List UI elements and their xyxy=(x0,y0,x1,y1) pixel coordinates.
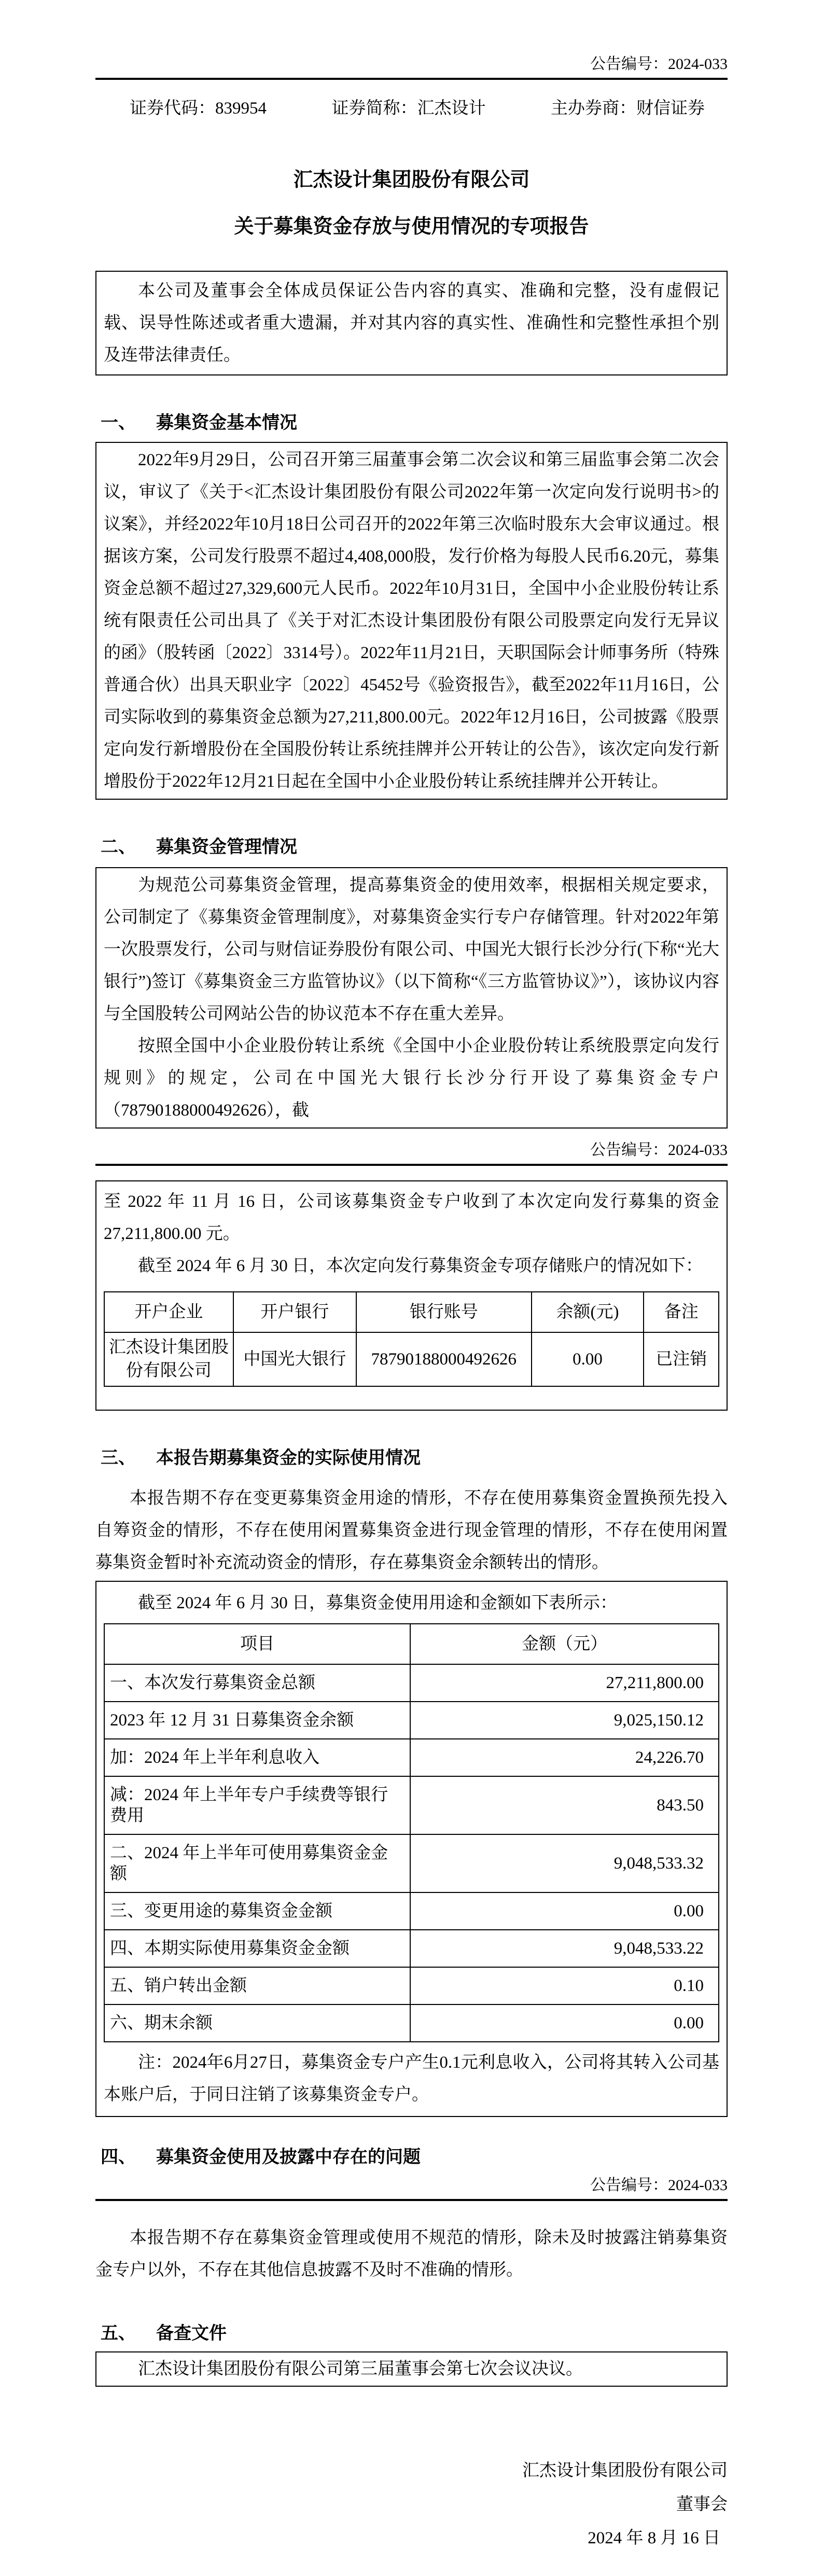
usage-row-available-funds: 二、2024 年上半年可使用募集资金金额 9,048,533.32 xyxy=(104,1834,719,1892)
bank-table-header-row: 开户企业 开户银行 银行账号 余额(元) 备注 xyxy=(104,1292,719,1332)
announcement-number-page2: 公告编号：2024-033 xyxy=(95,1141,728,1160)
section5-box: 汇杰设计集团股份有限公司第三届董事会第七次会议决议。 xyxy=(95,2351,728,2387)
section2-continuation: 至 2022 年 11 月 16 日，公司该募集资金专户收到了本次定向发行募集的… xyxy=(104,1186,719,1250)
disclaimer-box: 本公司及董事会全体成员保证公告内容的真实、准确和完整，没有虚假记载、误导性陈述或… xyxy=(95,271,728,375)
usage-table: 项目 金额（元） 一、本次发行募集资金总额 27,211,800.00 2023… xyxy=(104,1623,719,2042)
usage-row-closeout-transfer: 五、销户转出金额 0.10 xyxy=(104,1967,719,2004)
bank-table-row: 汇杰设计集团股份有限公司 中国光大银行 78790188000492626 0.… xyxy=(104,1332,719,1386)
bank-col-company: 开户企业 xyxy=(104,1292,233,1332)
section1-title: 募集资金基本情况 xyxy=(156,412,297,435)
announcement-number-text: 公告编号：2024-033 xyxy=(590,1141,728,1159)
signature-block: 汇杰设计集团股份有限公司 董事会 2024 年 8 月 16 日 xyxy=(95,2454,728,2555)
section1-box: 2022年9月29日，公司召开第三届董事会第二次会议和第三届监事会第二次会议，审… xyxy=(95,442,728,800)
header-divider-rule-page1 xyxy=(95,78,728,80)
usage-row-ending-balance: 六、期末余额 0.00 xyxy=(104,2004,719,2042)
section2-number: 二、 xyxy=(101,836,156,859)
header-divider-rule-page2 xyxy=(95,1164,728,1166)
document-content: 公告编号：2024-033 证券代码：839954 证券简称：汇杰设计 主办券商… xyxy=(0,0,823,2576)
usage-row-bank-fees: 减：2024 年上半年专户手续费等银行费用 843.50 xyxy=(104,1776,719,1834)
usage-box: 截至 2024 年 6 月 30 日，募集资金使用用途和金额如下表所示： 项目 … xyxy=(95,1581,728,2117)
usage-row-actually-used: 四、本期实际使用募集资金金额 9,048,533.22 xyxy=(104,1930,719,1967)
section2-heading: 二、 募集资金管理情况 xyxy=(95,836,728,859)
accounts-intro: 截至 2024 年 6 月 30 日，本次定向发行募集资金专项存储账户的情况如下… xyxy=(104,1250,719,1282)
securities-code: 证券代码：839954 xyxy=(130,98,267,119)
usage-table-intro: 截至 2024 年 6 月 30 日，募集资金使用用途和金额如下表所示： xyxy=(104,1587,719,1619)
section5-title: 备查文件 xyxy=(156,2322,227,2345)
bank-cell-bank: 中国光大银行 xyxy=(233,1332,356,1386)
fund-account-box: 至 2022 年 11 月 16 日，公司该募集资金专户收到了本次定向发行募集的… xyxy=(95,1180,728,1411)
section3-number: 三、 xyxy=(101,1447,156,1470)
signature-board: 董事会 xyxy=(95,2488,728,2522)
usage-col-item: 项目 xyxy=(104,1624,410,1664)
section3-heading: 三、 本报告期募集资金的实际使用情况 xyxy=(95,1447,728,1470)
document-page: 公告编号：2024-033 证券代码：839954 证券简称：汇杰设计 主办券商… xyxy=(0,0,823,2576)
usage-table-note: 注：2024年6月27日，募集资金专户产生0.1元利息收入，公司将其转入公司基本… xyxy=(104,2046,719,2111)
section3-paragraph1: 本报告期不存在变更募集资金用途的情形，不存在使用募集资金置换预先投入自筹资金的情… xyxy=(95,1482,728,1579)
section4-body: 本报告期不存在募集资金管理或使用不规范的情形，除未及时披露注销募集资金专户以外，… xyxy=(95,2222,728,2286)
header-divider-rule-page3 xyxy=(95,2199,728,2201)
bank-cell-balance: 0.00 xyxy=(532,1332,644,1386)
bank-col-account: 银行账号 xyxy=(356,1292,532,1332)
usage-row-balance-2023: 2023 年 12 月 31 日募集资金余额 9,025,150.12 xyxy=(104,1702,719,1739)
section1-body: 2022年9月29日，公司召开第三届董事会第二次会议和第三届监事会第二次会议，审… xyxy=(104,444,719,798)
disclaimer-text: 本公司及董事会全体成员保证公告内容的真实、准确和完整，没有虚假记载、误导性陈述或… xyxy=(104,275,719,371)
section4-number: 四、 xyxy=(101,2146,156,2169)
bank-col-remark: 备注 xyxy=(644,1292,719,1332)
sponsor-broker: 主办券商：财信证券 xyxy=(551,98,705,119)
usage-row-changed-purpose: 三、变更用途的募集资金金额 0.00 xyxy=(104,1892,719,1930)
company-title: 汇杰设计集团股份有限公司 xyxy=(95,167,728,193)
bank-cell-company: 汇杰设计集团股份有限公司 xyxy=(104,1332,233,1386)
section2-paragraph2: 按照全国中小企业股份转让系统《全国中小企业股份转让系统股票定向发行规则》的规定，… xyxy=(104,1030,719,1126)
section4-title: 募集资金使用及披露中存在的问题 xyxy=(156,2146,421,2169)
securities-short-name: 证券简称：汇杰设计 xyxy=(332,98,486,119)
usage-row-total-raised: 一、本次发行募集资金总额 27,211,800.00 xyxy=(104,1664,719,1702)
report-title: 关于募集资金存放与使用情况的专项报告 xyxy=(95,214,728,240)
announcement-number-page3: 公告编号：2024-033 xyxy=(95,2176,728,2195)
announcement-number-page1: 公告编号：2024-033 xyxy=(95,55,728,74)
section5-heading: 五、 备查文件 xyxy=(95,2322,728,2345)
section5-item: 汇杰设计集团股份有限公司第三届董事会第七次会议决议。 xyxy=(104,2359,719,2379)
usage-row-interest-income: 加：2024 年上半年利息收入 24,226.70 xyxy=(104,1739,719,1776)
section2-paragraph1: 为规范公司募集资金管理，提高募集资金的使用效率，根据相关规定要求，公司制定了《募… xyxy=(104,869,719,1030)
bank-col-bank: 开户银行 xyxy=(233,1292,356,1332)
securities-info-row: 证券代码：839954 证券简称：汇杰设计 主办券商：财信证券 xyxy=(95,98,728,119)
bank-cell-account: 78790188000492626 xyxy=(356,1332,532,1386)
section1-number: 一、 xyxy=(101,412,156,435)
bank-account-table: 开户企业 开户银行 银行账号 余额(元) 备注 汇杰设计集团股份有限公司 中国光… xyxy=(104,1291,719,1387)
section3-title: 本报告期募集资金的实际使用情况 xyxy=(156,1447,421,1470)
section1-heading: 一、 募集资金基本情况 xyxy=(95,412,728,435)
section2-box: 为规范公司募集资金管理，提高募集资金的使用效率，根据相关规定要求，公司制定了《募… xyxy=(95,867,728,1129)
section2-title: 募集资金管理情况 xyxy=(156,836,297,859)
usage-table-header-row: 项目 金额（元） xyxy=(104,1624,719,1664)
signature-company: 汇杰设计集团股份有限公司 xyxy=(95,2454,728,2488)
announcement-number-text: 公告编号：2024-033 xyxy=(590,55,728,73)
signature-date: 2024 年 8 月 16 日 xyxy=(95,2522,728,2555)
section5-number: 五、 xyxy=(101,2322,156,2345)
usage-col-amount: 金额（元） xyxy=(410,1624,719,1664)
section4-heading: 四、 募集资金使用及披露中存在的问题 xyxy=(95,2146,728,2169)
bank-cell-remark: 已注销 xyxy=(644,1332,719,1386)
announcement-number-text: 公告编号：2024-033 xyxy=(590,2177,728,2194)
bank-col-balance: 余额(元) xyxy=(532,1292,644,1332)
